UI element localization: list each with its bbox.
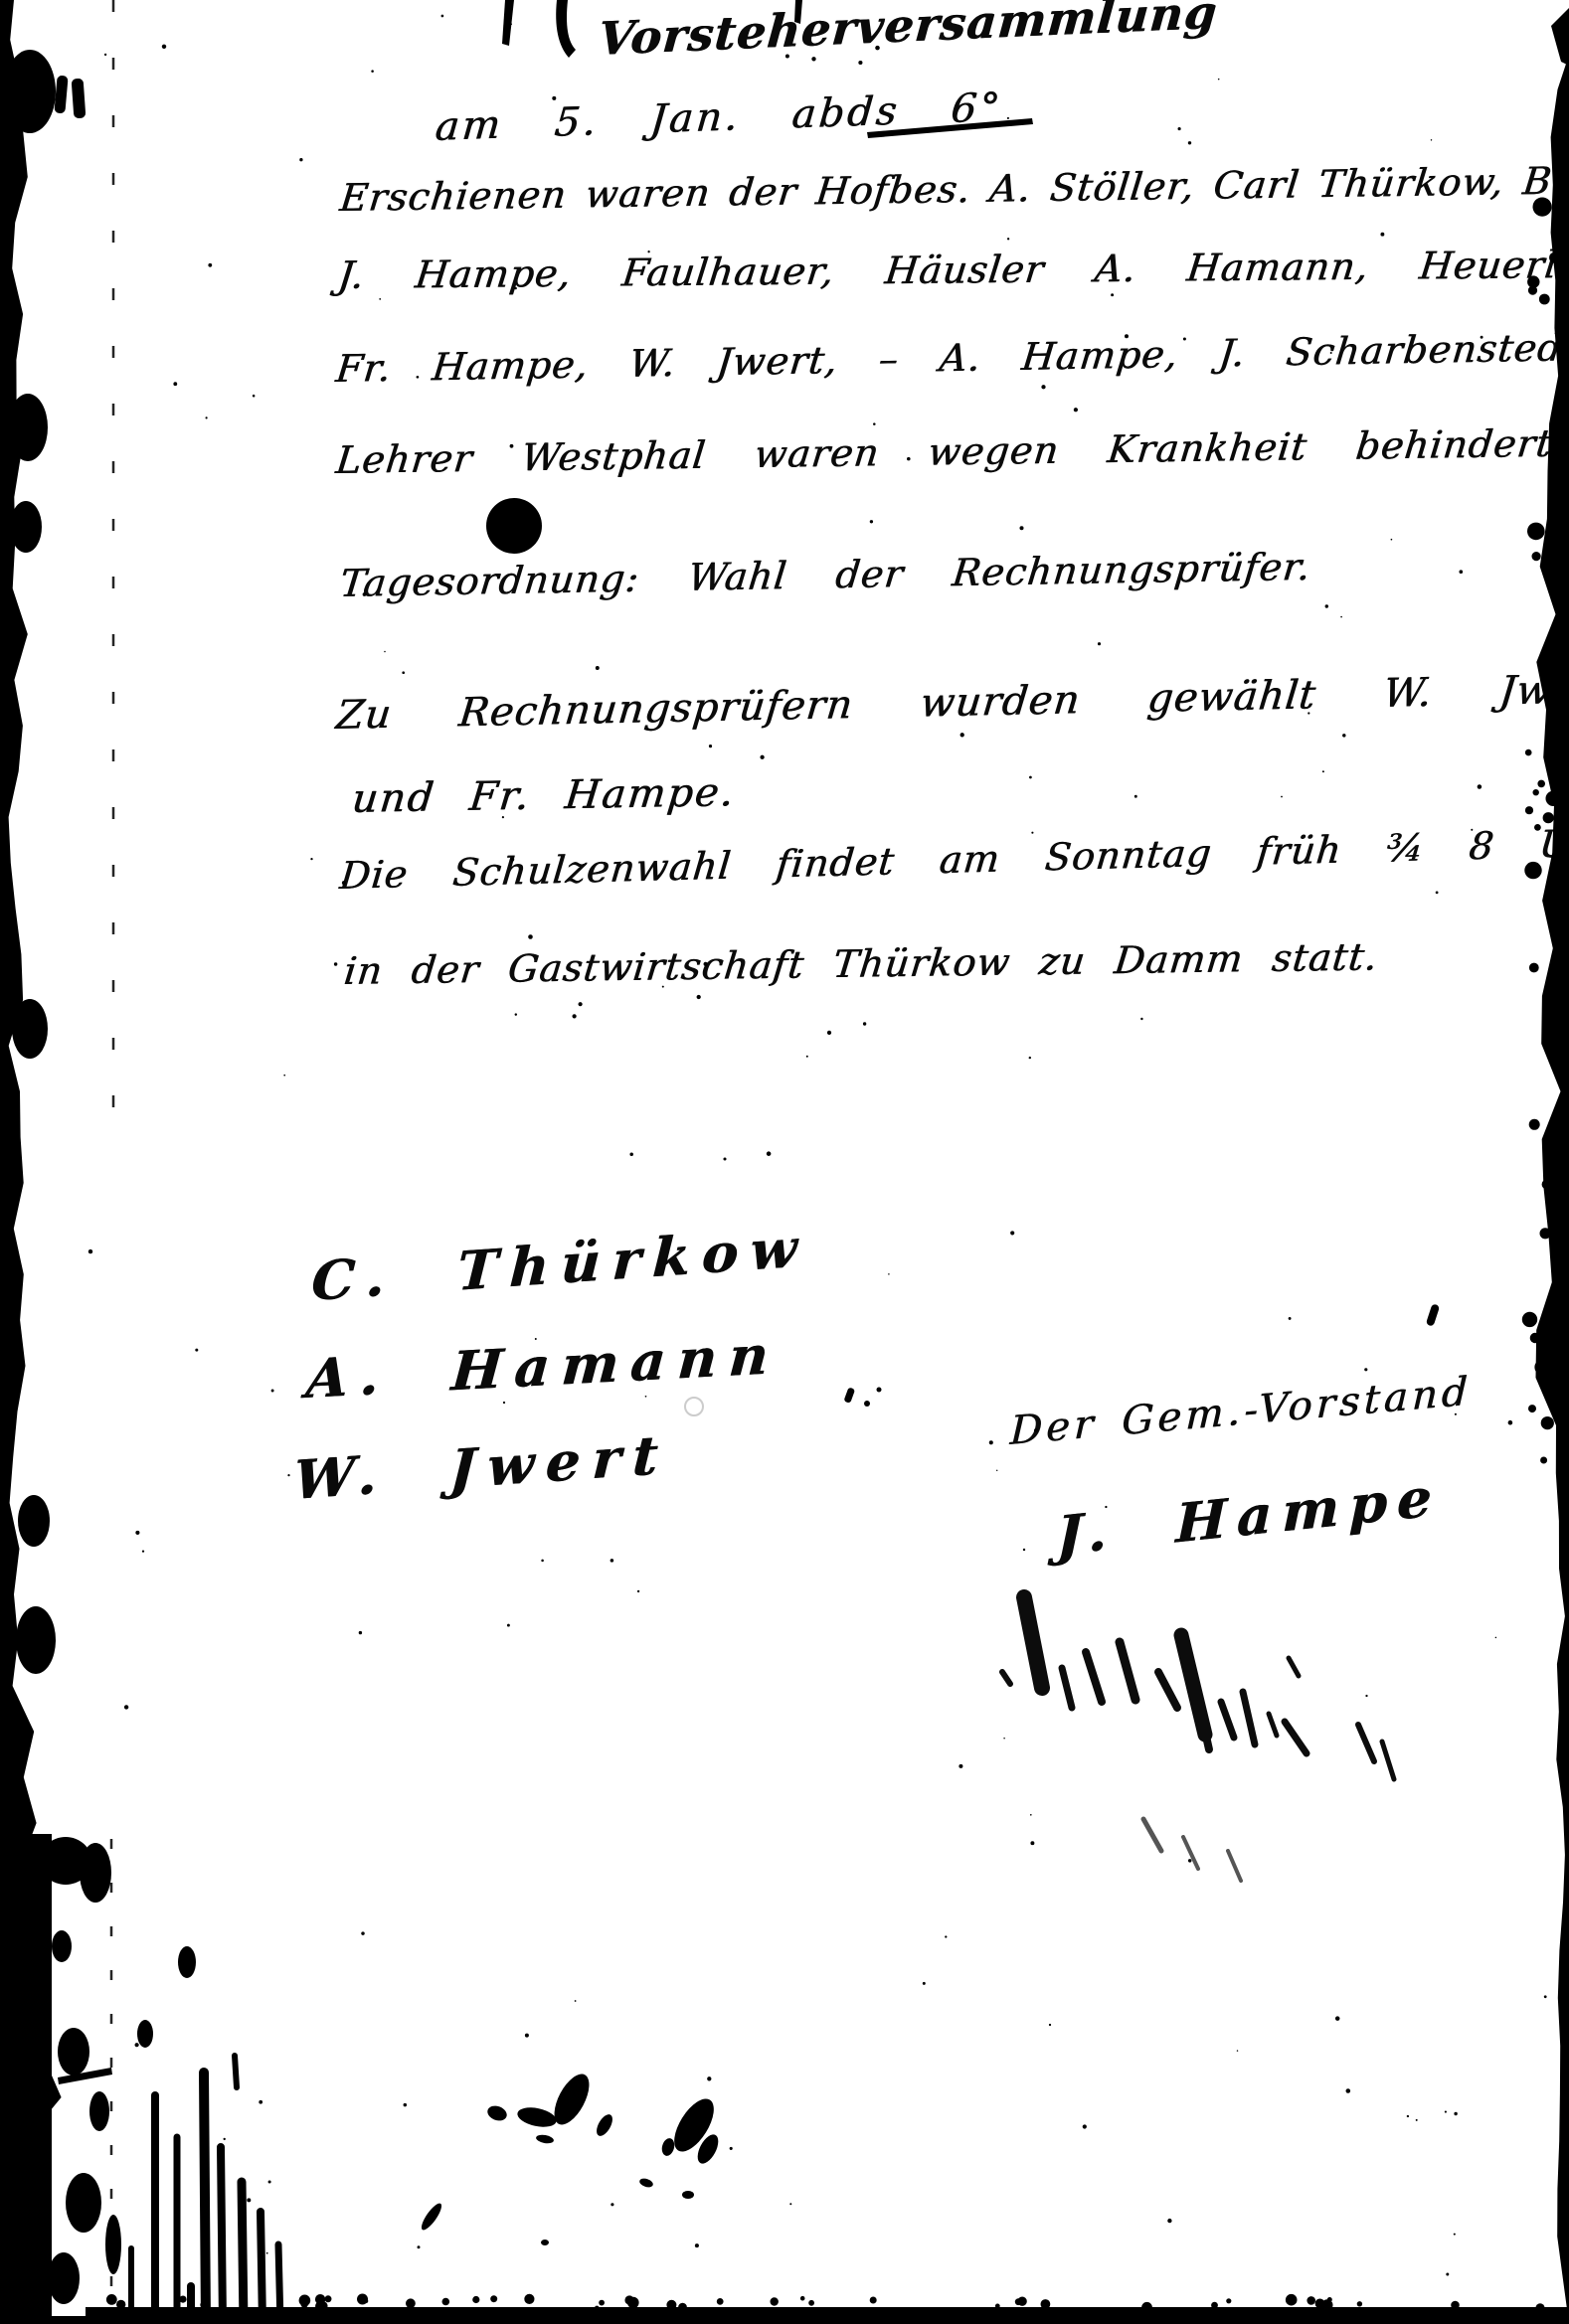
body-line-announcement-1: Die Schulzenwahl findet am Sonntag früh … xyxy=(338,823,1569,895)
body-line-absent: Lehrer Westphal waren wegen Krankheit be… xyxy=(334,424,1567,479)
body-line-attendees-1: Erschienen waren der Hofbes. A. Stöller,… xyxy=(338,160,1569,217)
ink-smudges xyxy=(419,2069,723,2245)
date-line: am 5. Jan. abds 6° xyxy=(434,87,1004,147)
blotted-signature xyxy=(1002,1597,1394,1881)
punch-hole xyxy=(486,498,542,554)
document-title: Vorsteherversammlung xyxy=(597,0,1219,62)
body-line-announcement-2: in der Gastwirtschaft Thürkow zu Damm st… xyxy=(342,938,1380,990)
closing-signature-hampe: J. Hampe xyxy=(1056,1469,1442,1563)
signature-jwert: W. Jwert xyxy=(292,1427,671,1507)
body-line-election-2: und Fr. Hampe. xyxy=(350,772,737,819)
body-line-attendees-2: J. Hampe, Faulhauer, Häusler A. Hamann, … xyxy=(336,246,1569,294)
corner-streaks xyxy=(131,2056,280,2324)
closing-role-line: Der Gem.-Vorstand xyxy=(1009,1372,1472,1451)
scanned-document-page: Vorsteherversammlung am 5. Jan. abds 6° … xyxy=(0,0,1569,2324)
fold-line xyxy=(111,0,113,2324)
body-line-agenda: Tagesordnung: Wahl der Rechnungsprüfer. xyxy=(338,548,1312,602)
signature-hamann: A. Hamann xyxy=(304,1327,782,1406)
body-line-attendees-3: Fr. Hampe, W. Jwert, – A. Hampe, J. Scha… xyxy=(334,327,1569,388)
body-line-election-1: Zu Rechnungsprüfern wurden gewählt W. Jw… xyxy=(334,669,1569,736)
signature-thuerkow: C. Thürkow xyxy=(310,1220,810,1308)
